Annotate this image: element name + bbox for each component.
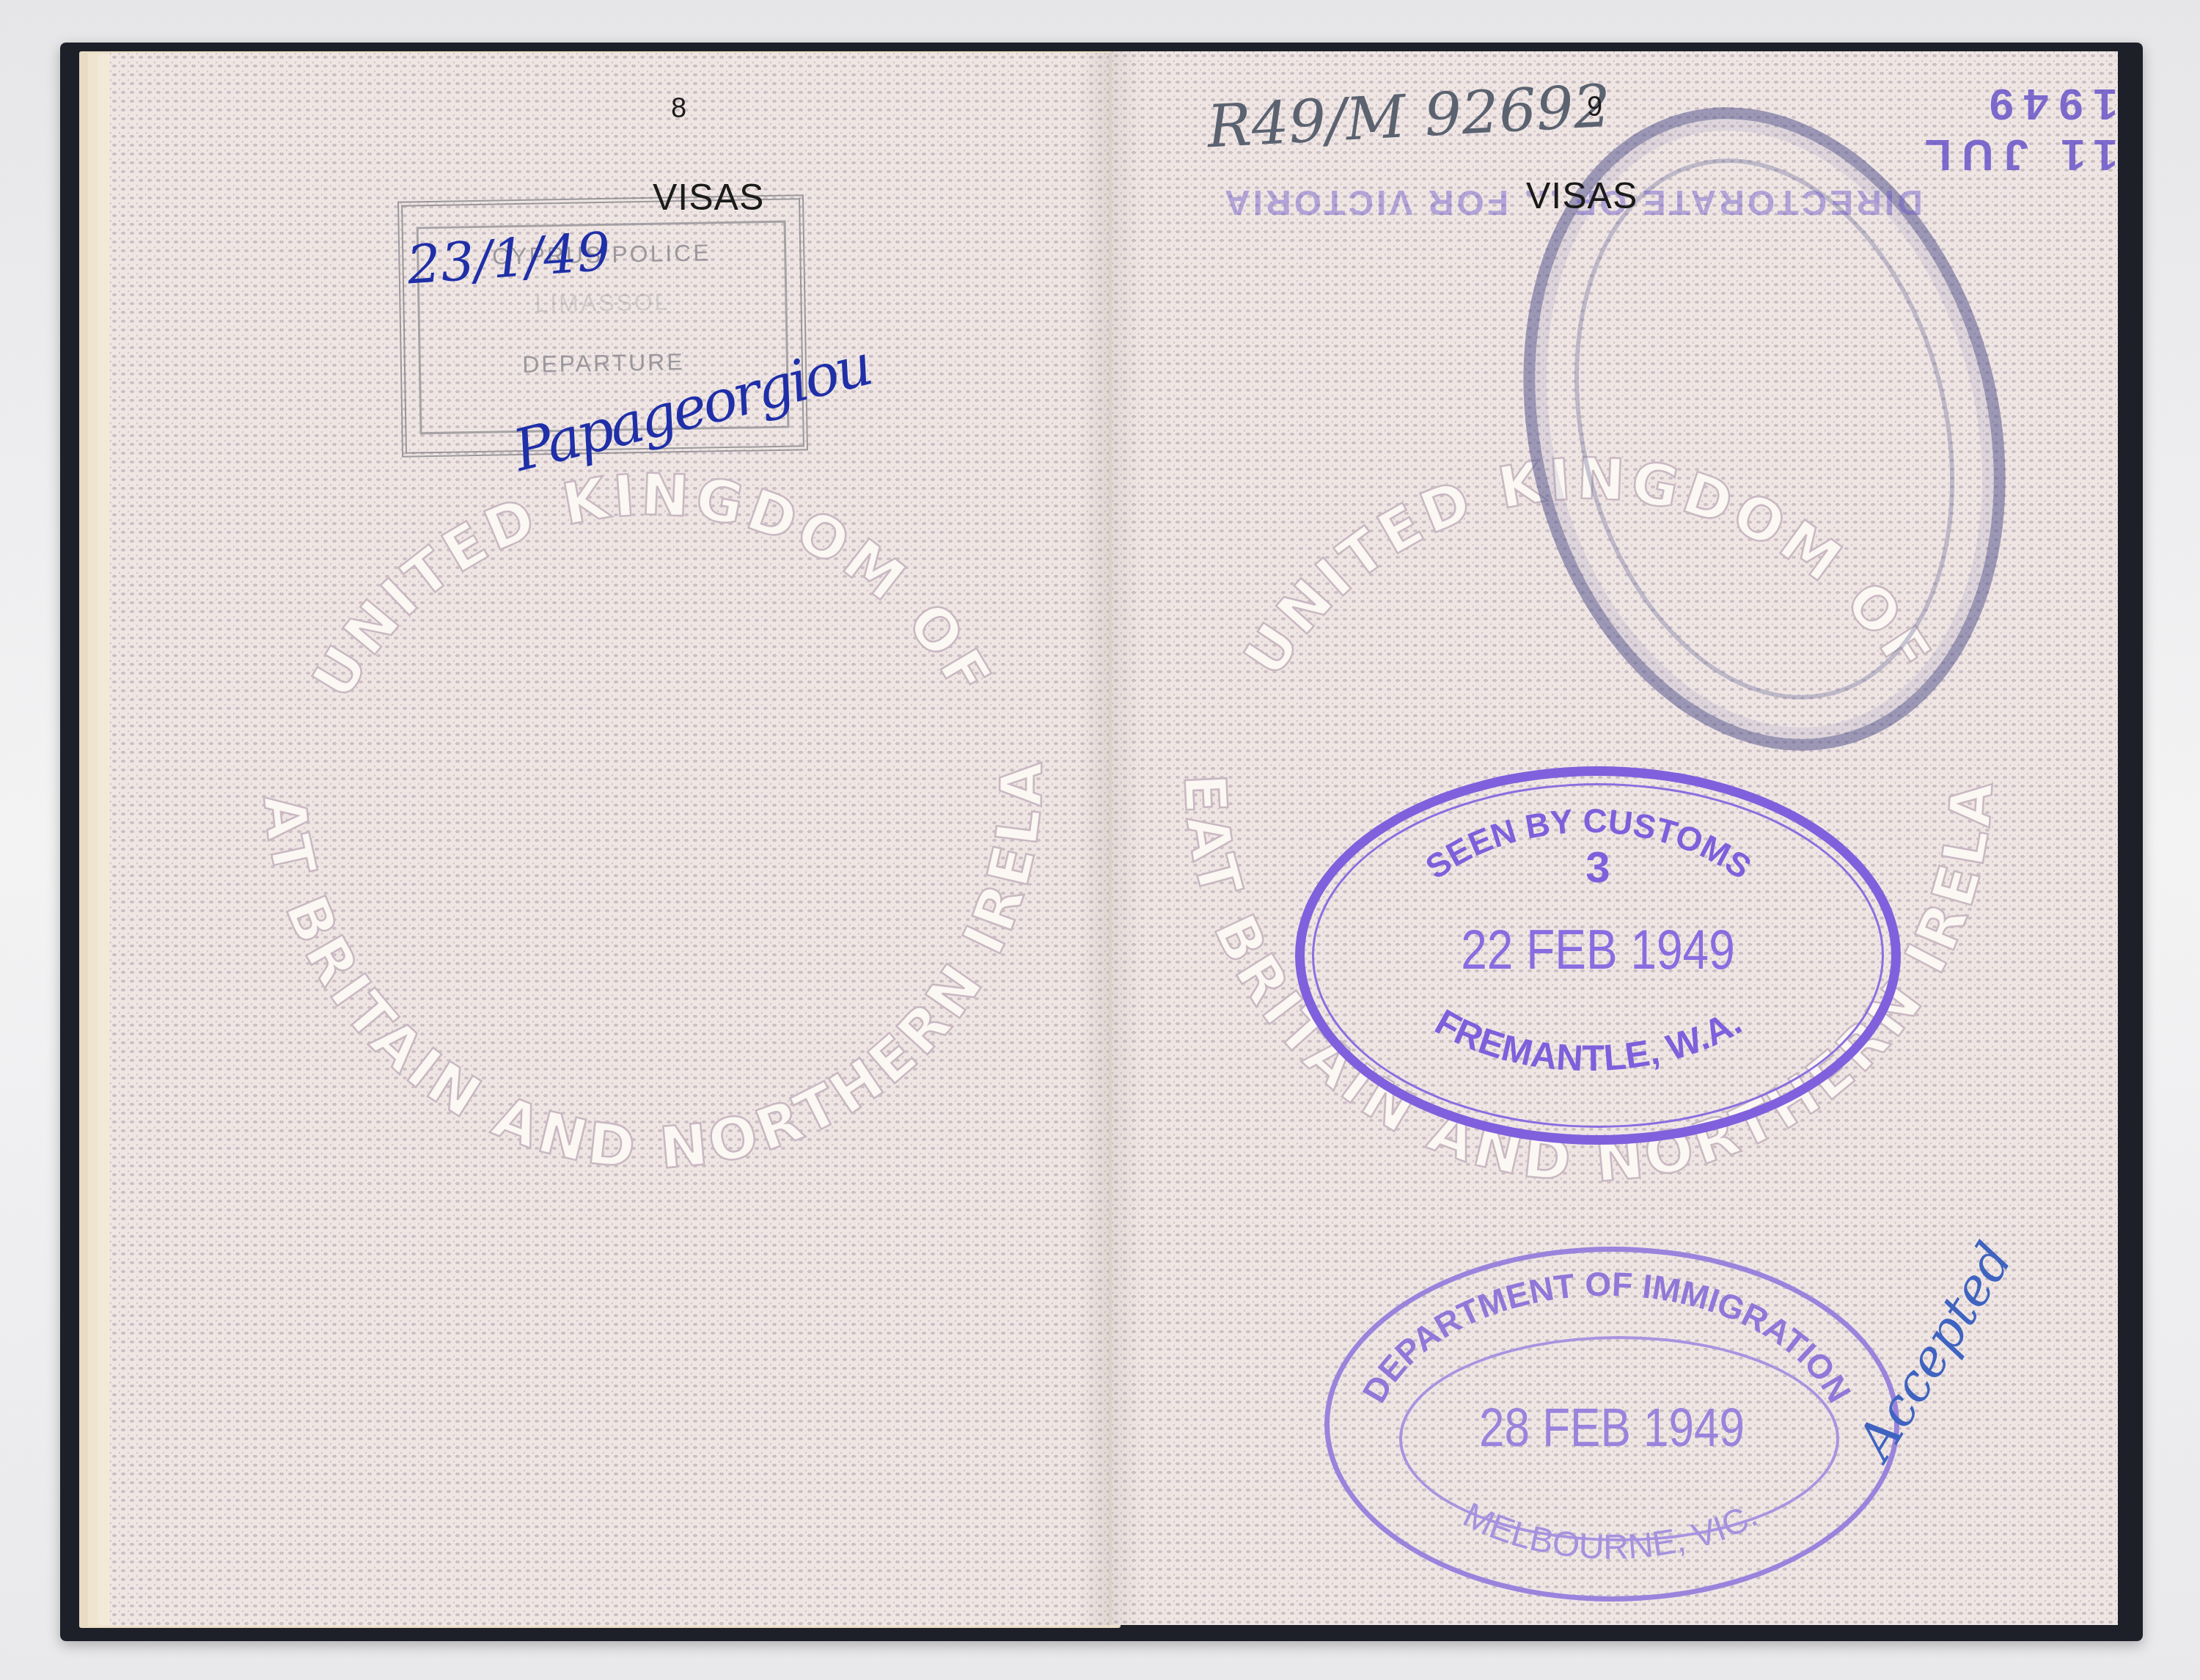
svg-text:FREMANTLE, W.A.: FREMANTLE, W.A.	[1429, 1001, 1748, 1079]
customs-number: 3	[1305, 842, 1891, 892]
page-heading: VISAS	[653, 176, 764, 219]
page-heading: VISAS	[1526, 175, 1638, 217]
immigration-date: 28 FEB 1949	[1330, 1397, 1894, 1459]
left-page: UNITED KINGDOM OF GREAT BRITAIN AND NORT…	[110, 53, 1110, 1626]
gutter-shadow	[1079, 53, 1109, 1626]
top-date-stamp: 11 JUL 1949	[1808, 79, 2118, 180]
gutter-shadow	[1112, 51, 1141, 1625]
svg-text:UNITED KINGDOM OF: UNITED KINGDOM OF	[301, 462, 1005, 709]
customs-date: 22 FEB 1949	[1305, 917, 1891, 983]
right-page: UNITED KINGDOM OF GREAT BRITAIN AND NORT…	[1110, 51, 2118, 1625]
page-number: 9	[1587, 92, 1602, 123]
page-number: 8	[671, 93, 686, 125]
svg-text:MELBOURNE, VIC.: MELBOURNE, VIC.	[1457, 1495, 1764, 1566]
watermark-left: UNITED KINGDOM OF GREAT BRITAIN AND NORT…	[249, 449, 1056, 1255]
svg-text:DEPARTMENT OF IMMIGRATION: DEPARTMENT OF IMMIGRATION	[1354, 1265, 1858, 1409]
customs-stamp: SEEN BY CUSTOMS FREMANTLE, W.A. 3 22 FEB…	[1295, 766, 1901, 1145]
svg-text:GREAT BRITAIN AND NORTHERN IRE: GREAT BRITAIN AND NORTHERN IRELAND	[249, 449, 1055, 1182]
immigration-stamp: DEPARTMENT OF IMMIGRATION MELBOURNE, VIC…	[1324, 1247, 1899, 1602]
